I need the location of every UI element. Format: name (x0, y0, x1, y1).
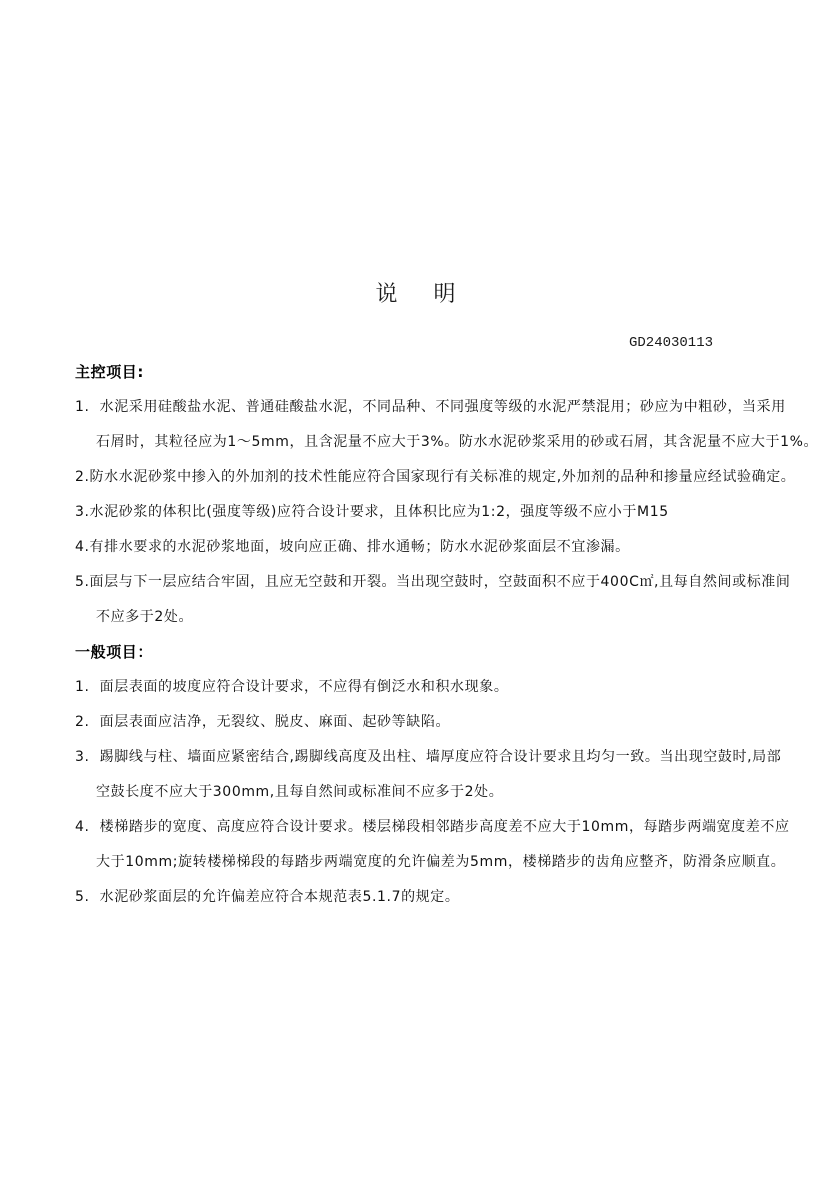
list-item-continuation: 空鼓长度不应大于300mm,且每自然间或标准间不应多于2处。 (75, 775, 780, 810)
section-heading: 一般项目： (75, 635, 780, 670)
list-item: 3.水泥砂浆的体积比(强度等级)应符合设计要求，且体积比应为1:2，强度等级不应… (75, 495, 780, 530)
list-item: 2.防水水泥砂浆中掺入的外加剂的技术性能应符合国家现行有关标准的规定,外加剂的品… (75, 460, 780, 495)
list-item: 4.有排水要求的水泥砂浆地面，坡向应正确、排水通畅；防水水泥砂浆面层不宜渗漏。 (75, 530, 780, 565)
document-number: GD24030113 (629, 335, 713, 351)
document-body: 主控项目:1. 水泥采用硅酸盐水泥、普通硅酸盐水泥，不同品种、不同强度等级的水泥… (75, 355, 780, 915)
list-item-continuation: 大于10mm;旋转楼梯梯段的每踏步两端宽度的允许偏差为5mm，楼梯踏步的齿角应整… (75, 845, 780, 880)
list-item: 1. 水泥采用硅酸盐水泥、普通硅酸盐水泥，不同品种、不同强度等级的水泥严禁混用；… (75, 390, 780, 425)
list-item-continuation: 石屑时，其粒径应为1～5mm，且含泥量不应大于3%。防水水泥砂浆采用的砂或石屑，… (75, 425, 780, 460)
list-item: 2. 面层表面应洁净，无裂纹、脱皮、麻面、起砂等缺陷。 (75, 705, 780, 740)
list-item-continuation: 不应多于2处。 (75, 600, 780, 635)
page-title: 说 明 (0, 283, 838, 307)
list-item: 5.面层与下一层应结合牢固，且应无空鼓和开裂。当出现空鼓时，空鼓面积不应于400… (75, 565, 780, 600)
section-heading: 主控项目: (75, 355, 780, 390)
document-page: 说 明 GD24030113 主控项目:1. 水泥采用硅酸盐水泥、普通硅酸盐水泥… (0, 0, 838, 1186)
list-item: 4. 楼梯踏步的宽度、高度应符合设计要求。楼层梯段相邻踏步高度差不应大于10mm… (75, 810, 780, 845)
list-item: 5. 水泥砂浆面层的允许偏差应符合本规范表5.1.7的规定。 (75, 880, 780, 915)
list-item: 1. 面层表面的坡度应符合设计要求，不应得有倒泛水和积水现象。 (75, 670, 780, 705)
list-item: 3. 踢脚线与柱、墙面应紧密结合,踢脚线高度及出柱、墙厚度应符合设计要求且均匀一… (75, 740, 780, 775)
